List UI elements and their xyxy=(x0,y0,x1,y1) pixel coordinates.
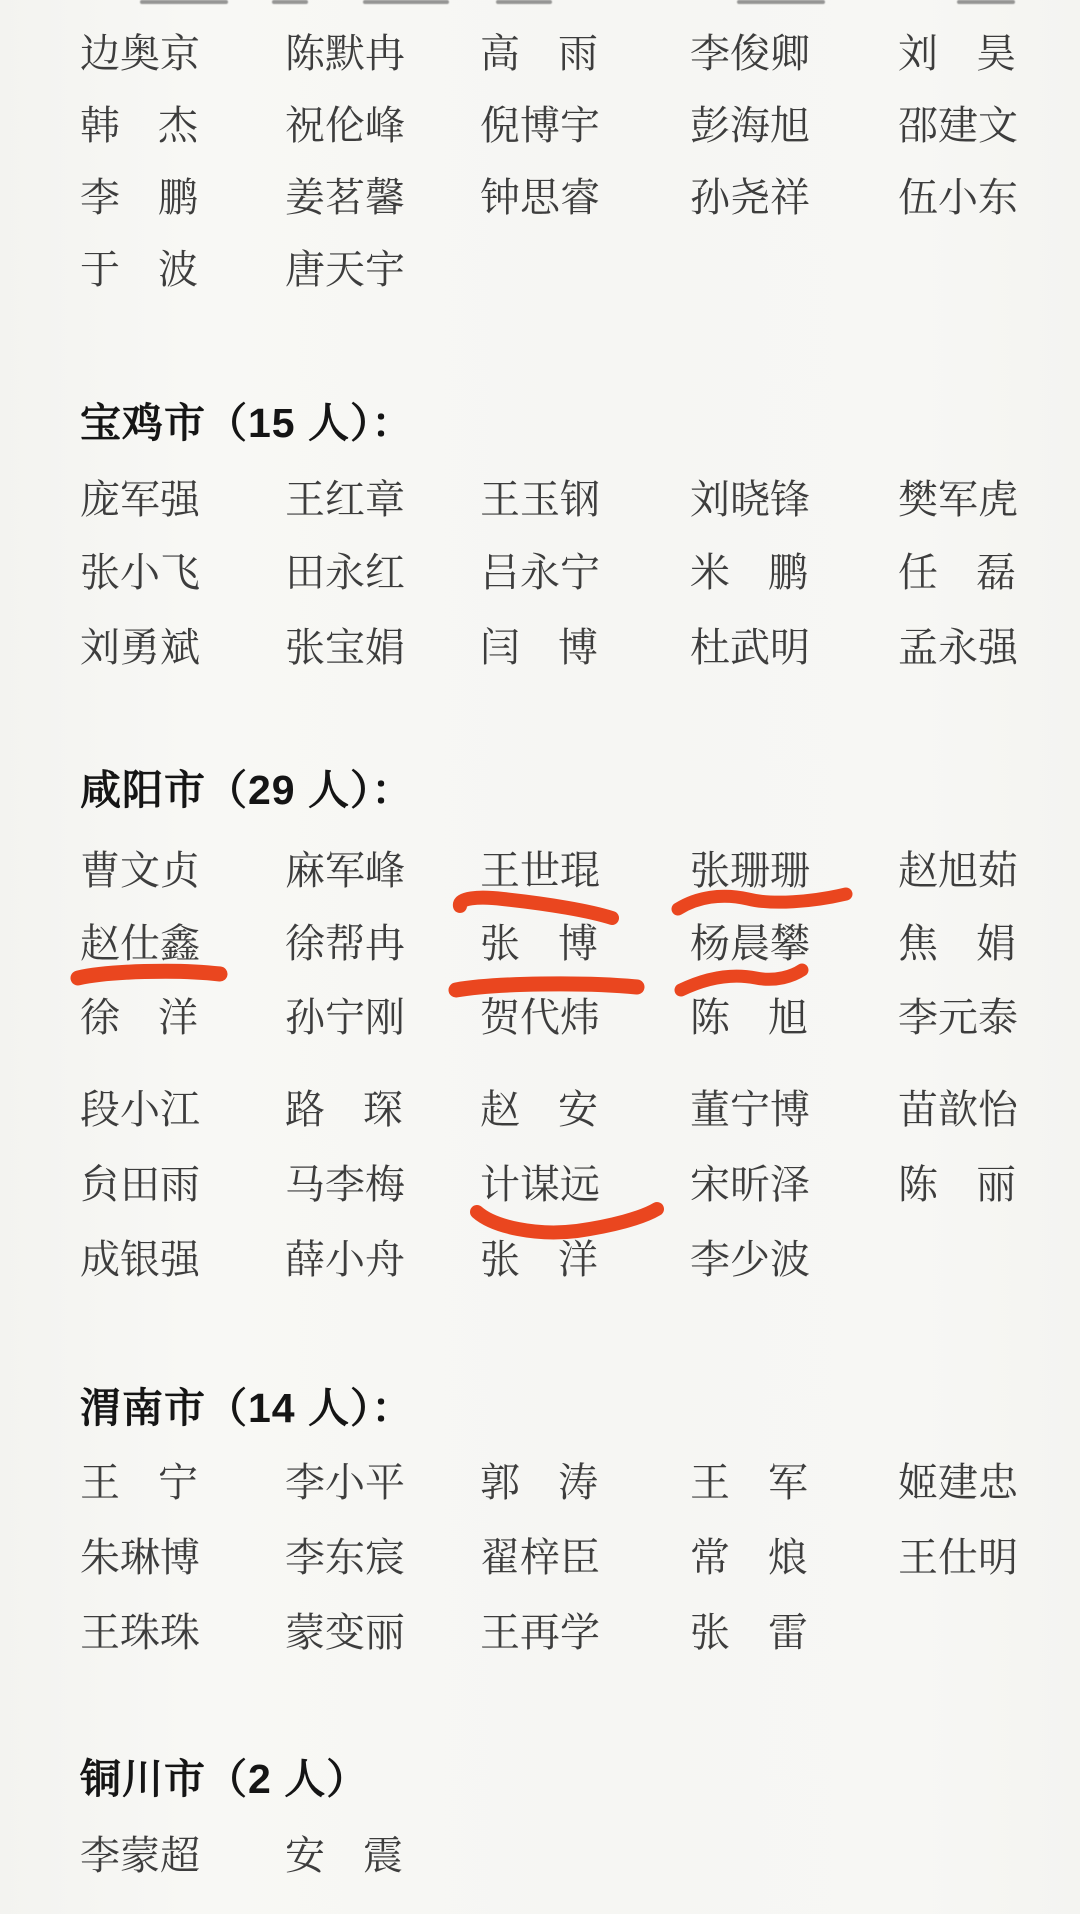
name-row: 张小飞田永红吕永宁米鹏任磊 xyxy=(0,553,1080,599)
section-header: 铜川市（2 人） xyxy=(80,1754,368,1804)
name-item: 董宁博 xyxy=(690,1090,808,1130)
scan-artifact xyxy=(957,0,1015,4)
name-row: 韩杰祝伦峰倪博宇彭海旭邵建文 xyxy=(0,106,1080,152)
name-row: 于波唐天宇 xyxy=(0,250,1080,296)
section-header: 咸阳市（29 人）： xyxy=(80,765,414,815)
scan-artifact xyxy=(272,0,308,4)
name-item: 钟思睿 xyxy=(480,178,598,218)
name-item: 于波 xyxy=(80,250,198,290)
name-item: 任磊 xyxy=(898,553,1016,593)
name-item: 陈丽 xyxy=(898,1165,1016,1205)
name-row: 李蒙超安震 xyxy=(0,1836,1080,1882)
name-item: 苗歆怡 xyxy=(898,1090,1016,1130)
name-item: 曹文贞 xyxy=(80,851,198,891)
name-row: 曹文贞麻军峰王世琨张珊珊赵旭茹 xyxy=(0,851,1080,897)
name-item: 邵建文 xyxy=(898,106,1016,146)
name-item: 麻军峰 xyxy=(285,851,403,891)
name-item: 王珠珠 xyxy=(80,1613,198,1653)
scan-artifact xyxy=(363,0,449,4)
name-item: 张洋 xyxy=(480,1240,598,1280)
name-item: 王宁 xyxy=(80,1463,198,1503)
name-item: 祝伦峰 xyxy=(285,106,403,146)
name-item: 陈旭 xyxy=(690,998,808,1038)
name-item: 庞军强 xyxy=(80,480,198,520)
name-item: 姜茗馨 xyxy=(285,178,403,218)
name-item: 李元泰 xyxy=(898,998,1016,1038)
name-item: 孙尧祥 xyxy=(690,178,808,218)
name-item: 边奥京 xyxy=(80,34,198,74)
name-item: 杜武明 xyxy=(690,628,808,668)
name-item: 田永红 xyxy=(285,553,403,593)
document-page: 边奥京陈默冉高雨李俊卿刘昊韩杰祝伦峰倪博宇彭海旭邵建文李鹏姜茗馨钟思睿孙尧祥伍小… xyxy=(0,0,1080,1914)
name-item: 李俊卿 xyxy=(690,34,808,74)
red-underline-zhang-bo xyxy=(456,984,637,990)
name-item: 李东宸 xyxy=(285,1538,403,1578)
name-item: 成银强 xyxy=(80,1240,198,1280)
name-item: 朱琳博 xyxy=(80,1538,198,1578)
name-item: 赵安 xyxy=(480,1090,598,1130)
name-item: 贺代炜 xyxy=(480,998,598,1038)
section-header: 渭南市（14 人）： xyxy=(80,1383,414,1433)
name-item: 杨晨攀 xyxy=(690,924,808,964)
name-item: 王仕明 xyxy=(898,1538,1016,1578)
name-row: 庞军强王红章王玉钢刘晓锋樊军虎 xyxy=(0,480,1080,526)
name-item: 吕永宁 xyxy=(480,553,598,593)
name-item: 张珊珊 xyxy=(690,851,808,891)
name-item: 翟梓臣 xyxy=(480,1538,598,1578)
name-item: 薛小舟 xyxy=(285,1240,403,1280)
name-item: 王再学 xyxy=(480,1613,598,1653)
name-row: 边奥京陈默冉高雨李俊卿刘昊 xyxy=(0,34,1080,80)
name-item: 孙宁刚 xyxy=(285,998,403,1038)
red-underline-yang-chenpan xyxy=(681,970,802,990)
name-item: 王世琨 xyxy=(480,851,598,891)
name-item: 韩杰 xyxy=(80,106,198,146)
name-item: 李少波 xyxy=(690,1240,808,1280)
name-item: 刘勇斌 xyxy=(80,628,198,668)
name-item: 王玉钢 xyxy=(480,480,598,520)
name-item: 贠田雨 xyxy=(80,1165,198,1205)
name-item: 姬建忠 xyxy=(898,1463,1016,1503)
name-item: 米鹏 xyxy=(690,553,808,593)
name-item: 张雷 xyxy=(690,1613,808,1653)
red-underline-wang-shikun xyxy=(460,898,612,918)
scan-artifact xyxy=(140,0,228,4)
name-item: 王红章 xyxy=(285,480,403,520)
name-item: 焦娟 xyxy=(898,924,1016,964)
name-item: 常烺 xyxy=(690,1538,808,1578)
name-item: 李鹏 xyxy=(80,178,198,218)
name-item: 张小飞 xyxy=(80,553,198,593)
name-item: 樊军虎 xyxy=(898,480,1016,520)
name-row: 段小江路琛赵安董宁博苗歆怡 xyxy=(0,1090,1080,1136)
name-item: 郭涛 xyxy=(480,1463,598,1503)
name-item: 伍小东 xyxy=(898,178,1016,218)
red-underline-ji-mouyuan xyxy=(477,1209,657,1232)
scan-artifact xyxy=(496,0,552,4)
name-item: 计谋远 xyxy=(480,1165,598,1205)
name-row: 李鹏姜茗馨钟思睿孙尧祥伍小东 xyxy=(0,178,1080,224)
name-item: 闫博 xyxy=(480,628,598,668)
name-row: 成银强薛小舟张洋李少波 xyxy=(0,1240,1080,1286)
name-row: 赵仕鑫徐帮冉张博杨晨攀焦娟 xyxy=(0,924,1080,970)
name-item: 李小平 xyxy=(285,1463,403,1503)
section-header: 宝鸡市（15 人）： xyxy=(80,398,414,448)
name-item: 王军 xyxy=(690,1463,808,1503)
name-item: 孟永强 xyxy=(898,628,1016,668)
name-item: 徐洋 xyxy=(80,998,198,1038)
name-item: 高雨 xyxy=(480,34,598,74)
name-item: 赵旭茹 xyxy=(898,851,1016,891)
name-item: 蒙变丽 xyxy=(285,1613,403,1653)
name-item: 张博 xyxy=(480,924,598,964)
name-item: 陈默冉 xyxy=(285,34,403,74)
name-item: 刘昊 xyxy=(898,34,1016,74)
name-item: 赵仕鑫 xyxy=(80,924,198,964)
scan-artifact xyxy=(737,0,825,4)
name-item: 李蒙超 xyxy=(80,1836,198,1876)
name-row: 贠田雨马李梅计谋远宋昕泽陈丽 xyxy=(0,1165,1080,1211)
name-item: 张宝娟 xyxy=(285,628,403,668)
name-row: 刘勇斌张宝娟闫博杜武明孟永强 xyxy=(0,628,1080,674)
name-item: 宋昕泽 xyxy=(690,1165,808,1205)
red-underline-zhao-shixin xyxy=(78,971,220,978)
name-row: 王珠珠蒙变丽王再学张雷 xyxy=(0,1613,1080,1659)
name-item: 安震 xyxy=(285,1836,403,1876)
name-item: 彭海旭 xyxy=(690,106,808,146)
name-item: 倪博宇 xyxy=(480,106,598,146)
name-row: 徐洋孙宁刚贺代炜陈旭李元泰 xyxy=(0,998,1080,1044)
name-item: 唐天宇 xyxy=(285,250,403,290)
name-row: 王宁李小平郭涛王军姬建忠 xyxy=(0,1463,1080,1509)
name-item: 段小江 xyxy=(80,1090,198,1130)
name-item: 刘晓锋 xyxy=(690,480,808,520)
name-item: 马李梅 xyxy=(285,1165,403,1205)
name-row: 朱琳博李东宸翟梓臣常烺王仕明 xyxy=(0,1538,1080,1584)
name-item: 徐帮冉 xyxy=(285,924,403,964)
name-item: 路琛 xyxy=(285,1090,403,1130)
